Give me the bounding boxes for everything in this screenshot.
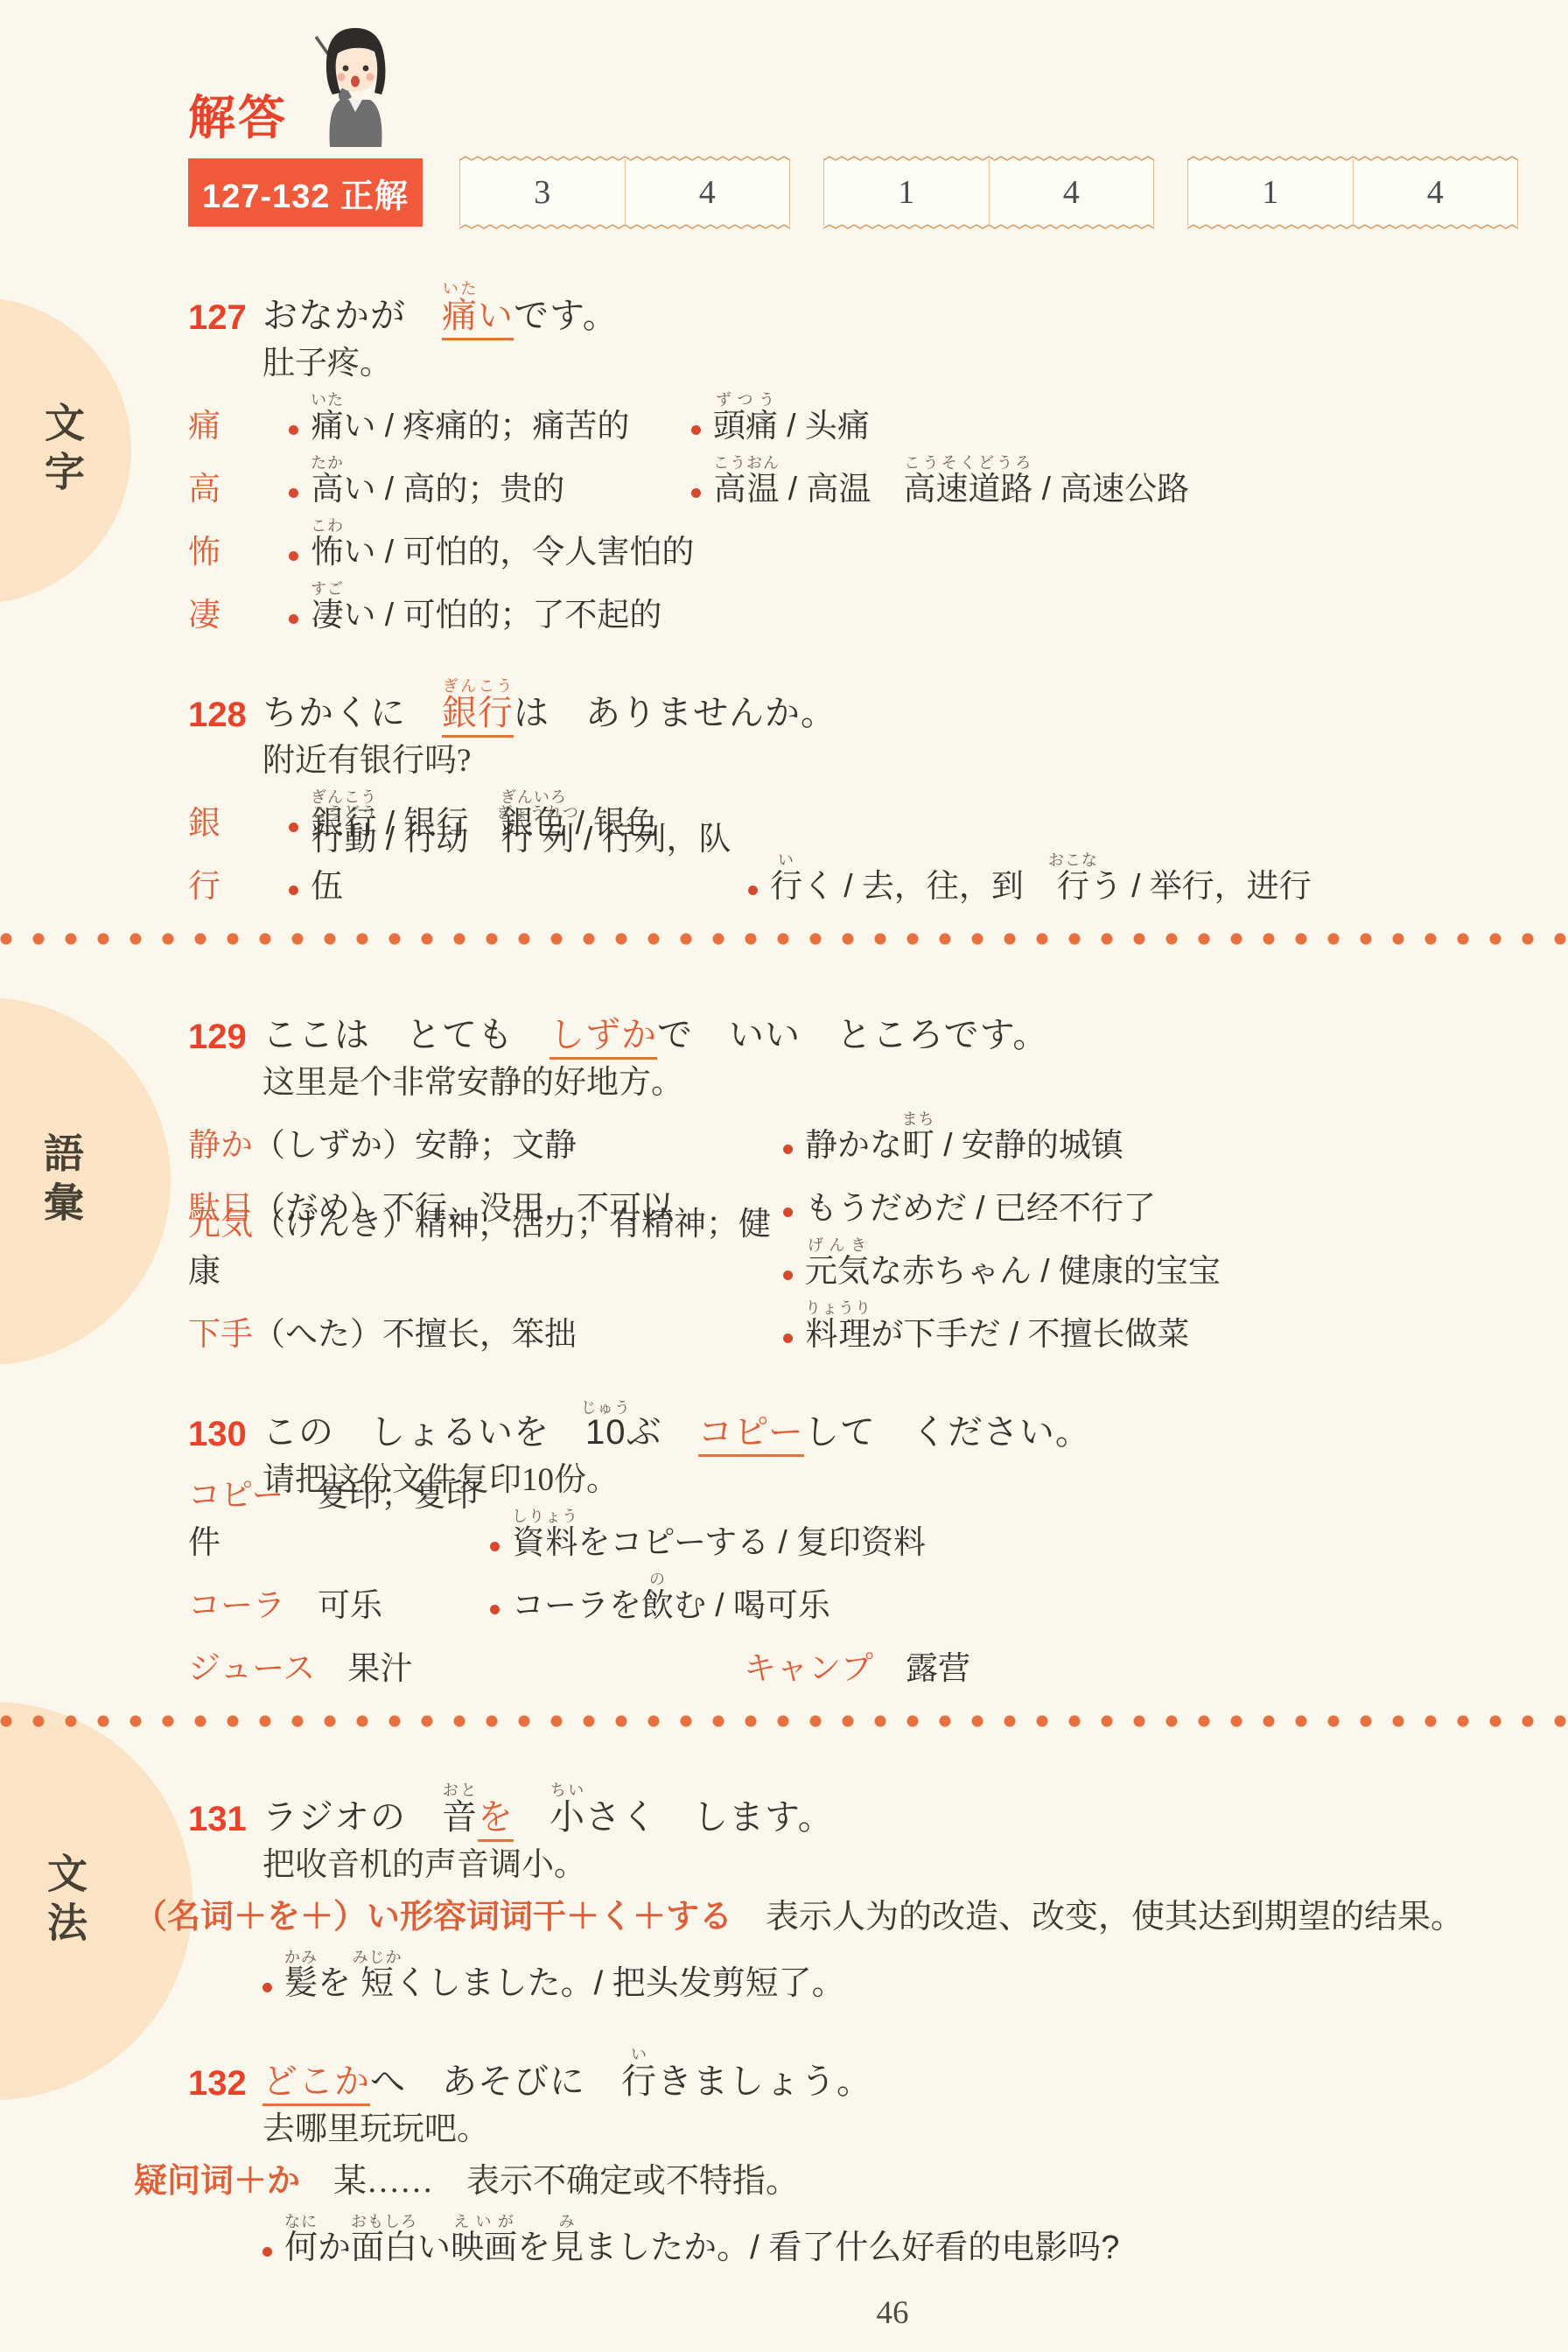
text-segment: い [417, 2229, 451, 2266]
question-translation: 附近有银行吗? [262, 735, 1501, 780]
vocab-headword: 怖 [188, 525, 289, 572]
text-segment: コピー [188, 1477, 284, 1513]
page-header: 解答 [188, 0, 1501, 147]
sidebar-tab-label: 文法 [36, 1852, 94, 1950]
text-segment: い / 疼痛的；痛苦的 [344, 408, 630, 444]
vocab-row: 凄凄すごい / 可怕的；了不起的 [188, 572, 1501, 635]
vocab-headword: 高 [188, 462, 289, 509]
answer-explanations: 127おなかが 痛いたいです。肚子疼。痛痛いたい / 疼痛的；痛苦的頭痛ずつう … [188, 264, 1501, 2268]
ruby-text: 短みじか [360, 1965, 395, 2002]
vocab-row: 怖怖こわい / 可怕的，令人害怕的 [188, 509, 1501, 572]
ruby-text: 痛いた [442, 297, 478, 340]
text-segment: が下手だ / 不擅长做菜 [871, 1316, 1190, 1352]
zigzag-border [823, 222, 1154, 231]
bullet-icon [783, 1207, 793, 1217]
text-segment: ましたか。/ 看了什么好看的电影吗? [584, 2229, 1119, 2266]
ruby-text: 10じゅう [585, 1413, 626, 1452]
bullet-icon [691, 425, 701, 435]
vocab-text: 行動こうどう / 行动 行列ぎょうれつ / 行列，队伍 [311, 804, 748, 906]
question-sentence: この しょるいを 10じゅうぶ コピーして ください。 [262, 1399, 1091, 1454]
page-number: 46 [188, 2294, 1492, 2332]
text-segment: （へた）不擅长，笨拙 [253, 1316, 577, 1352]
grammar-pattern-line: 疑问词＋か 某…… 表示不确定或不特指。 [134, 2149, 1501, 2201]
vocab-definition: ジュース 果汁 [188, 1641, 744, 1689]
text-segment: な赤ちゃん / 健康的宝宝 [870, 1253, 1221, 1289]
text-segment: く / 去，往，到 [802, 868, 1056, 904]
text-segment: コーラを [512, 1587, 641, 1623]
ruby-text: 飲の [641, 1587, 674, 1623]
page-title: 解答 [188, 94, 288, 147]
vocab-row: 元気（げんき）精神，活力；有精神；健康元気げんきな赤ちゃん / 健康的宝宝 [188, 1228, 1501, 1291]
text-segment: もうだめだ / 已经不行了 [805, 1190, 1156, 1226]
ruby-text: 音おと [442, 1798, 478, 1837]
question-block: 127おなかが 痛いたいです。肚子疼。痛痛いたい / 疼痛的；痛苦的頭痛ずつう … [188, 264, 1501, 635]
vocab-row: 高高たかい / 高的；贵的高温こうおん / 高温 高速道路こうそくどうろ / 高… [188, 446, 1501, 509]
text-segment: へ あそびに [370, 2062, 621, 2101]
vocab-row: 痛痛いたい / 疼痛的；痛苦的頭痛ずつう / 头痛 [188, 383, 1501, 446]
vocab-text: 高たかい / 高的；贵的 [311, 454, 564, 509]
question-line: 132どこかへ あそびに 行いきましょう。 [188, 2030, 1501, 2103]
vocab-definition: 凄すごい / 可怕的；了不起的 [289, 580, 661, 635]
ruby-text: 行動こうどう [311, 821, 377, 857]
vocab-definition: 怖こわい / 可怕的，令人害怕的 [289, 517, 694, 572]
text-segment: （しずか）安静；文静 [253, 1127, 577, 1163]
main-content: 解答 127-132 正解 341414 127おなかが 痛いたいです [188, 0, 1501, 2332]
ruby-text: 料理りょうり [805, 1316, 871, 1352]
bullet-icon [490, 1542, 500, 1551]
vocab-definition: 頭痛ずつう / 头痛 [691, 391, 870, 446]
answer-cell: 4 [989, 159, 1154, 226]
vocab-row: 下手（へた）不擅长，笨拙料理りょうりが下手だ / 不擅长做菜 [188, 1291, 1501, 1354]
text-segment: です。 [514, 297, 619, 335]
question-number: 130 [188, 1415, 262, 1454]
text-segment: 露营 [873, 1650, 970, 1686]
text-segment: して ください。 [804, 1413, 1091, 1452]
answer-group: 14 [823, 159, 1154, 226]
ruby-text: 行い [770, 868, 802, 904]
vocab-text: コピー 复印；复印件 [188, 1468, 490, 1563]
question-line: 131ラジオの 音おとを 小ちいさく します。 [188, 1766, 1501, 1839]
text-segment: 静かな [805, 1127, 902, 1163]
ruby-text: 高たか [311, 471, 344, 507]
zigzag-border [459, 154, 790, 163]
vocab-text: 元気げんきな赤ちゃん / 健康的宝宝 [805, 1236, 1221, 1291]
ruby-text: 怖こわ [311, 534, 344, 570]
bullet-icon [490, 1605, 500, 1614]
question-translation: 去哪里玩玩吧。 [262, 2103, 1501, 2149]
sidebar-tab-goi: 語彙 [0, 997, 171, 1365]
text-segment: この しょるいを [262, 1413, 585, 1452]
text-segment: コーラ [188, 1587, 285, 1623]
ruby-text: 凄すご [311, 597, 344, 633]
answer-group: 34 [459, 159, 790, 226]
sidebar-tab-moji: 文字 [0, 297, 131, 604]
vocab-text: 行いく / 去，往，到 行おこなう / 举行，进行 [770, 851, 1312, 906]
ruby-text: 行い [621, 2062, 657, 2101]
text-segment: / 安静的城镇 [934, 1127, 1123, 1163]
answer-key-label: 127-132 正解 [188, 158, 423, 227]
text-segment: キャンプ [744, 1650, 873, 1686]
vocab-definition: 静か（しずか）安静；文静 [188, 1118, 783, 1165]
example-sentence: 何なにか面白おもしろい映画えいがを見みましたか。/ 看了什么好看的电影吗? [262, 2201, 1501, 2268]
text-segment: 可乐 [285, 1587, 382, 1623]
question-sentence: おなかが 痛いたいです。 [262, 280, 619, 338]
question-block: 132どこかへ あそびに 行いきましょう。去哪里玩玩吧。疑问词＋か 某…… 表示… [188, 2030, 1501, 2268]
grammar-pattern-line: （名词＋を＋）い形容词词干＋く＋する 表示人为的改造、改变，使其达到期望的结果。 [134, 1885, 1501, 1937]
question-number: 127 [188, 298, 262, 338]
question-sentence: ちかくに 銀行ぎんこうは ありませんか。 [262, 677, 836, 735]
question-translation: 把收音机的声音调小。 [262, 1839, 1501, 1885]
bullet-icon [289, 885, 298, 895]
text-segment: 疑问词＋か [134, 2153, 300, 2201]
vocab-text: 高温こうおん / 高温 高速道路こうそくどうろ / 高速公路 [713, 454, 1189, 509]
answer-cell: 1 [1188, 159, 1353, 226]
textbook-page: 文字 語彙 文法 解答 [0, 0, 1568, 2352]
ruby-text: 行列ぎょうれつ [500, 821, 574, 857]
question-translation: 这里是个非常安静的好地方。 [262, 1057, 1501, 1102]
bullet-icon [262, 1983, 272, 1992]
zigzag-border [1187, 154, 1518, 163]
text-segment: しずか [549, 1016, 657, 1060]
answer-cell: 1 [824, 159, 989, 226]
text-segment: ラジオの [262, 1798, 442, 1837]
text-segment: 下手 [188, 1316, 253, 1352]
ruby-text: 面白おもしろ [351, 2229, 417, 2266]
vocab-definition: 高温こうおん / 高温 高速道路こうそくどうろ / 高速公路 [691, 454, 1189, 509]
text-segment: ちかくに [262, 694, 442, 732]
text-segment: をコピーする / 复印资料 [578, 1524, 927, 1560]
text-segment: / 高温 [780, 471, 904, 507]
ruby-text: 町まち [902, 1127, 934, 1163]
vocab-headword: 痛 [188, 399, 289, 446]
text-segment: を [478, 1798, 514, 1842]
text-segment: / 行动 [377, 821, 501, 857]
bullet-icon [289, 551, 298, 561]
vocab-headword: 行 [188, 859, 289, 906]
dotted-divider [0, 1715, 1568, 1727]
answer-cell: 4 [1353, 159, 1518, 226]
answer-group: 14 [1187, 159, 1518, 226]
text-segment: コピー [698, 1413, 804, 1457]
vocab-headword: 凄 [188, 588, 289, 635]
vocab-text: 下手（へた）不擅长，笨拙 [188, 1307, 577, 1354]
text-segment: を [517, 2229, 550, 2266]
text-segment: おなかが [262, 297, 442, 335]
text-segment: 表示人为的改造、改变，使其达到期望的结果。 [732, 1889, 1464, 1937]
text-segment: い [478, 297, 514, 340]
question-translation: 肚子疼。 [262, 338, 1501, 383]
text-segment: （名词＋を＋）い形容词词干＋く＋する [134, 1889, 732, 1937]
example-text: 髪かみを 短みじかくしました。/ 把头发剪短了。 [284, 1949, 845, 2004]
bullet-icon [691, 488, 701, 498]
bullet-icon [783, 1270, 793, 1280]
question-sentence: どこかへ あそびに 行いきましょう。 [262, 2046, 872, 2103]
text-segment: は ありませんか。 [514, 694, 836, 732]
zigzag-border [823, 154, 1154, 163]
bullet-icon [783, 1333, 793, 1343]
vocab-text: 怖こわい / 可怕的，令人害怕的 [311, 517, 694, 572]
text-segment [514, 1798, 549, 1837]
ruby-text: 行おこな [1056, 868, 1090, 904]
question-line: 127おなかが 痛いたいです。 [188, 264, 1501, 338]
text-segment: 元気 [188, 1206, 253, 1242]
vocab-headword: 銀 [188, 796, 289, 843]
text-segment: くしました。/ 把头发剪短了。 [395, 1965, 845, 2002]
text-segment: 某…… 表示不确定或不特指。 [300, 2153, 799, 2201]
vocab-text: 料理りょうりが下手だ / 不擅长做菜 [805, 1299, 1189, 1354]
ruby-text: 高温こうおん [713, 471, 780, 507]
vocab-row: 行行動こうどう / 行动 行列ぎょうれつ / 行列，队伍行いく / 去，往，到 … [188, 843, 1501, 906]
vocab-definition: 痛いたい / 疼痛的；痛苦的 [289, 391, 691, 446]
example-sentence: 髪かみを 短みじかくしました。/ 把头发剪短了。 [262, 1937, 1501, 2004]
vocab-text: もうだめだ / 已经不行了 [805, 1181, 1156, 1228]
text-segment: どこか [262, 2062, 370, 2106]
text-segment: 静か [188, 1127, 253, 1163]
vocab-definition: コーラを飲のむ / 喝可乐 [490, 1571, 830, 1626]
question-number: 131 [188, 1800, 262, 1839]
dotted-divider [0, 933, 1568, 945]
vocab-text: 資料しりょうをコピーする / 复印资料 [512, 1508, 926, 1563]
vocab-text: 痛いたい / 疼痛的；痛苦的 [311, 391, 629, 446]
text-segment: / 高速公路 [1032, 471, 1189, 507]
ruby-text: 銀行ぎんこう [442, 694, 514, 738]
text-segment: きましょう。 [657, 2062, 872, 2101]
vocab-definition: 下手（へた）不擅长，笨拙 [188, 1307, 783, 1354]
text-segment: い / 可怕的；了不起的 [344, 597, 662, 633]
bullet-icon [289, 425, 298, 435]
zigzag-border [459, 222, 790, 231]
answer-key-bar: 127-132 正解 341414 [188, 157, 1501, 227]
question-number: 129 [188, 1018, 262, 1057]
ruby-text: 高速道路こうそくどうろ [903, 471, 1032, 507]
vocab-definition: コピー 复印；复印件 [188, 1468, 490, 1563]
text-segment: （げんき）精神，活力；有精神；健康 [188, 1206, 771, 1289]
text-segment: む / 喝可乐 [674, 1587, 830, 1623]
sidebar-tab-label: 文字 [33, 402, 91, 500]
text-segment: い / 高的；贵的 [344, 471, 565, 507]
text-segment: か [318, 2229, 351, 2266]
question-line: 128ちかくに 銀行ぎんこうは ありませんか。 [188, 661, 1501, 735]
answer-key-row: 341414 [459, 159, 1518, 226]
vocab-definition: もうだめだ / 已经不行了 [783, 1181, 1156, 1228]
ruby-text: 映画えいが [451, 2229, 517, 2266]
ruby-text: 痛いた [311, 408, 344, 444]
text-segment: で いい ところです。 [657, 1016, 1048, 1054]
ruby-text: 元気げんき [805, 1253, 870, 1289]
bullet-icon [748, 885, 758, 895]
text-segment: さく します。 [585, 1798, 834, 1837]
bullet-icon [262, 2247, 272, 2257]
vocab-text: 静か（しずか）安静；文静 [188, 1118, 577, 1165]
vocab-definition: 高たかい / 高的；贵的 [289, 454, 691, 509]
bullet-icon [289, 488, 298, 498]
vocab-row: 静か（しずか）安静；文静静かな町まち / 安静的城镇 [188, 1102, 1501, 1165]
question-number: 132 [188, 2064, 262, 2103]
vocab-definition: 元気（げんき）精神，活力；有精神；健康 [188, 1197, 783, 1291]
question-block: 130この しょるいを 10じゅうぶ コピーして ください。请把这份文件复印10… [188, 1381, 1501, 1689]
vocab-text: 凄すごい / 可怕的；了不起的 [311, 580, 661, 635]
question-line: 130この しょるいを 10じゅうぶ コピーして ください。 [188, 1381, 1501, 1454]
vocab-definition: キャンプ 露营 [744, 1641, 970, 1689]
vocab-text: 元気（げんき）精神，活力；有精神；健康 [188, 1197, 783, 1291]
question-block: 129ここは とても しずかで いい ところです。这里是个非常安静的好地方。静か… [188, 983, 1501, 1354]
vocab-definition: 静かな町まち / 安静的城镇 [783, 1110, 1123, 1165]
bullet-icon [783, 1144, 793, 1154]
teacher-girl-illustration [297, 16, 403, 147]
vocab-text: 静かな町まち / 安静的城镇 [805, 1110, 1123, 1165]
vocab-definition: 元気げんきな赤ちゃん / 健康的宝宝 [783, 1236, 1221, 1291]
question-block: 128ちかくに 銀行ぎんこうは ありませんか。附近有银行吗?銀銀行ぎんこう / … [188, 661, 1501, 906]
question-sentence: ラジオの 音おとを 小ちいさく します。 [262, 1781, 834, 1839]
ruby-text: 小ちい [549, 1798, 585, 1837]
example-text: 何なにか面白おもしろい映画えいがを見みましたか。/ 看了什么好看的电影吗? [284, 2213, 1119, 2268]
bullet-icon [289, 614, 298, 624]
vocab-definition: コーラ 可乐 [188, 1578, 490, 1626]
vocab-row: ジュース 果汁キャンプ 露营 [188, 1626, 1501, 1689]
text-segment: 果汁 [315, 1650, 412, 1686]
vocab-text: コーラ 可乐 [188, 1578, 382, 1626]
answer-cell: 4 [625, 159, 790, 226]
question-sentence: ここは とても しずかで いい ところです。 [262, 1007, 1048, 1057]
ruby-text: 髪かみ [284, 1965, 318, 2002]
vocab-text: コーラを飲のむ / 喝可乐 [512, 1571, 830, 1626]
ruby-text: 資料しりょう [512, 1524, 578, 1560]
vocab-text: ジュース 果汁 [188, 1641, 412, 1689]
vocab-definition: 行いく / 去，往，到 行おこなう / 举行，进行 [748, 851, 1312, 906]
text-segment: う / 举行，进行 [1090, 868, 1312, 904]
vocab-definition: 資料しりょうをコピーする / 复印资料 [490, 1508, 926, 1563]
question-number: 128 [188, 696, 262, 735]
answer-cell: 3 [460, 159, 625, 226]
vocab-row: コピー 复印；复印件資料しりょうをコピーする / 复印资料 [188, 1500, 1501, 1563]
ruby-text: 何なに [284, 2229, 318, 2266]
text-segment: / 头痛 [778, 408, 870, 444]
vocab-row: コーラ 可乐コーラを飲のむ / 喝可乐 [188, 1563, 1501, 1626]
text-segment: ジュース [188, 1650, 315, 1686]
text-segment: ここは とても [262, 1016, 549, 1054]
sidebar-tab-label: 語彙 [32, 1132, 90, 1230]
ruby-text: 頭痛ずつう [713, 408, 778, 444]
vocab-definition: 行動こうどう / 行动 行列ぎょうれつ / 行列，队伍 [289, 804, 748, 906]
question-block: 131ラジオの 音おとを 小ちいさく します。把收音机的声音调小。（名词＋を＋）… [188, 1766, 1501, 2004]
ruby-text: 見み [550, 2229, 584, 2266]
text-segment: い / 可怕的，令人害怕的 [344, 534, 695, 570]
vocab-text: キャンプ 露营 [744, 1641, 970, 1689]
zigzag-border [1187, 222, 1518, 231]
vocab-definition: 料理りょうりが下手だ / 不擅长做菜 [783, 1299, 1189, 1354]
vocab-text: 頭痛ずつう / 头痛 [713, 391, 870, 446]
text-segment: ぶ [626, 1413, 698, 1452]
question-line: 129ここは とても しずかで いい ところです。 [188, 983, 1501, 1057]
